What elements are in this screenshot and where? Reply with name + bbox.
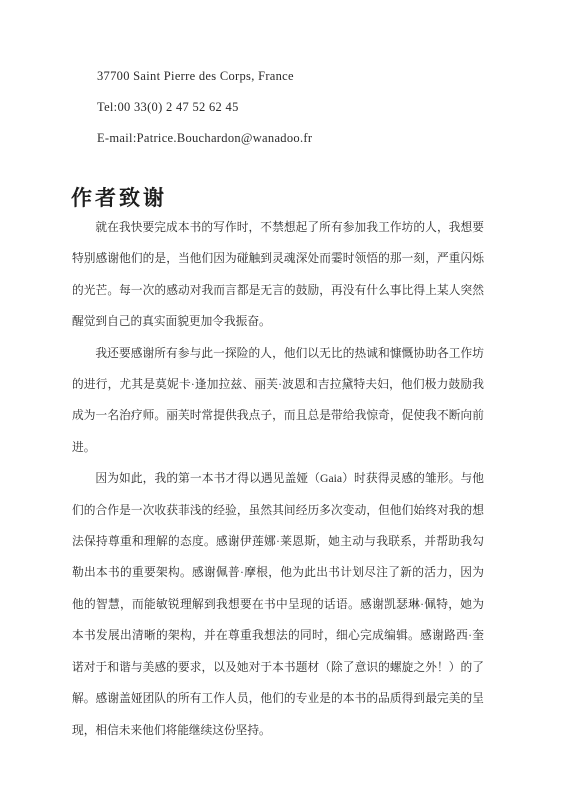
paragraph-2: 我还要感谢所有参与此一探险的人，他们以无比的热诚和慷慨协助各工作坊的进行，尤其是… xyxy=(72,338,484,464)
section-heading-author-acknowledgments: 作者致谢 xyxy=(71,182,167,212)
address-line: 37700 Saint Pierre des Corps, France xyxy=(97,61,312,92)
paragraph-3: 因为如此，我的第一本书才得以遇见盖娅（Gaia）时获得灵感的雏形。与他们的合作是… xyxy=(72,463,484,746)
contact-block: 37700 Saint Pierre des Corps, France Tel… xyxy=(97,61,312,154)
email-line: E-mail:Patrice.Bouchardon@wanadoo.fr xyxy=(97,123,312,154)
acknowledgments-body: 就在我快要完成本书的写作时，不禁想起了所有参加我工作坊的人，我想要特别感谢他们的… xyxy=(72,212,484,746)
document-page: 37700 Saint Pierre des Corps, France Tel… xyxy=(0,0,567,788)
phone-line: Tel:00 33(0) 2 47 52 62 45 xyxy=(97,92,312,123)
paragraph-1: 就在我快要完成本书的写作时，不禁想起了所有参加我工作坊的人，我想要特别感谢他们的… xyxy=(72,212,484,338)
